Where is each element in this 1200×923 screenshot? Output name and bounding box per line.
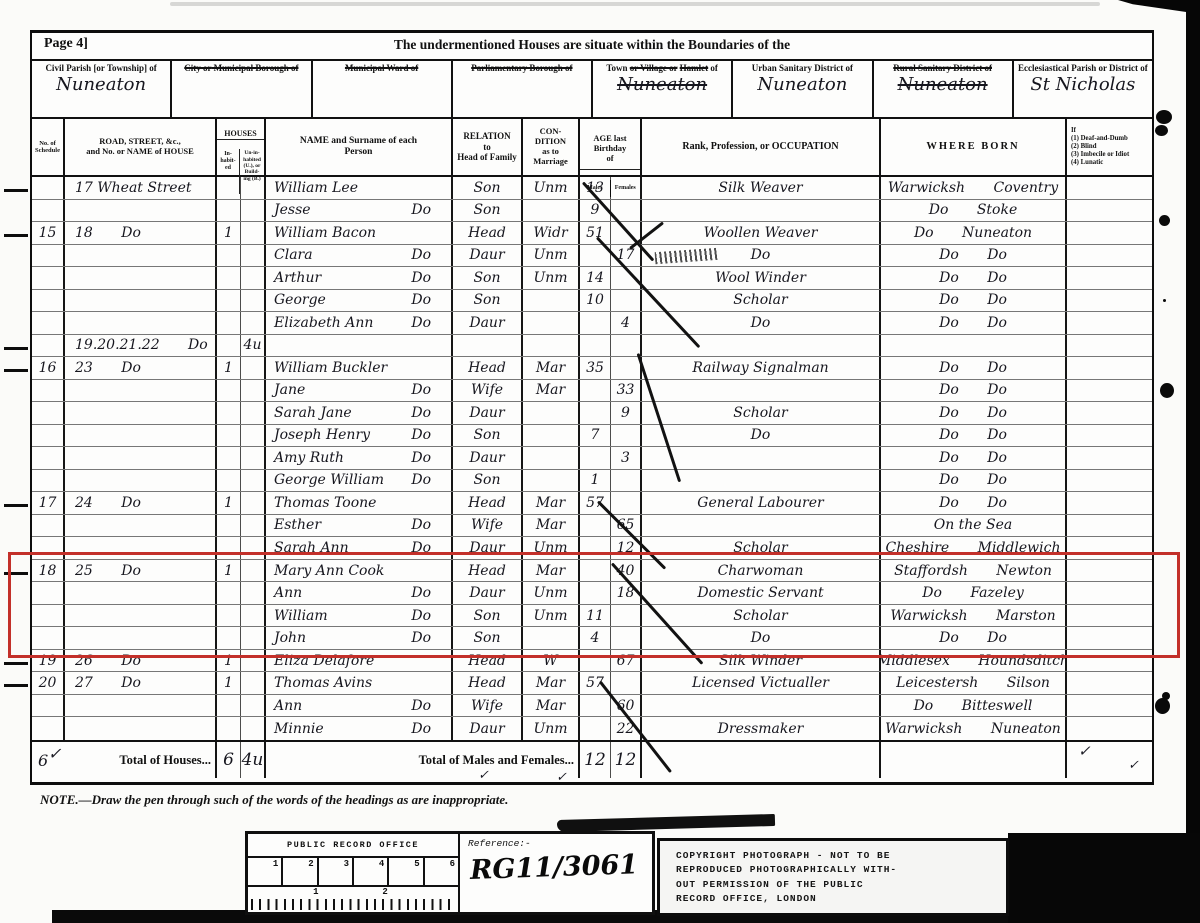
table-cell: Scholar (642, 402, 881, 424)
table-cell: 3 (611, 447, 642, 469)
table-cell (642, 447, 881, 469)
table-cell (241, 177, 266, 199)
table-cell (1067, 267, 1152, 289)
table-cell (32, 245, 65, 267)
district-label-part: Urban Sanitary District of (752, 63, 853, 73)
table-cell (217, 312, 241, 334)
table-cell (241, 200, 266, 222)
copyright-line: COPYRIGHT PHOTOGRAPH - NOT TO BE (676, 849, 1006, 863)
person-name: Jane (274, 382, 305, 398)
table-cell: MinnieDo (266, 717, 453, 740)
district-value: Nuneaton (35, 74, 167, 95)
district-label-part: Ecclesiastical Parish or District of (1018, 63, 1148, 73)
table-cell (241, 290, 266, 312)
margin-dash (4, 684, 28, 687)
scan-smear (170, 2, 1100, 6)
table-cell (217, 200, 241, 222)
table-cell: ArthurDo (266, 267, 453, 289)
table-row: AnnDoWifeMar60Do Bitteswell (32, 695, 1152, 718)
ditto-mark: Do (411, 472, 431, 488)
table-cell (241, 492, 266, 514)
check-mark: ✓ (48, 744, 61, 763)
table-cell (642, 335, 881, 357)
district-box: Ecclesiastical Parish or District ofSt N… (1014, 61, 1152, 117)
table-cell: 1 (217, 672, 241, 694)
table-row: 1623 Do1William BucklerHeadMar35Railway … (32, 357, 1152, 380)
table-row: 19.20.21.22 Do4u (32, 335, 1152, 358)
table-cell: William Bacon (266, 222, 453, 244)
table-cell: Do Do (881, 245, 1067, 267)
ruler-ticks (251, 899, 455, 910)
table-cell (241, 447, 266, 469)
table-cell: 35 (580, 357, 611, 379)
reference-label: Reference:- (468, 838, 644, 849)
table-row: 1518 Do1William BaconHeadWidr51Woollen W… (32, 222, 1152, 245)
table-cell (241, 357, 266, 379)
person-name: Minnie (274, 721, 324, 737)
table-cell: 23 Do (65, 357, 217, 379)
table-cell: 20 (32, 672, 65, 694)
district-label-part: Parliamentary Borough of (471, 63, 572, 73)
table-row: ClaraDoDaurUnm17DoDo Do (32, 245, 1152, 268)
table-cell: 18 Do (65, 222, 217, 244)
ink-blob (1156, 110, 1172, 124)
table-row: GeorgeDoSon10ScholarDo Do (32, 290, 1152, 313)
table-cell: Unm (523, 245, 580, 267)
totals-females: 12 (611, 742, 642, 778)
col-header-where-born: WHERE BORN (881, 119, 1067, 175)
copyright-line: RECORD OFFICE, LONDON (676, 892, 1006, 906)
district-label: Rural Sanitary District of (877, 63, 1009, 73)
table-cell (217, 447, 241, 469)
table-cell (1067, 245, 1152, 267)
table-cell (32, 267, 65, 289)
table-cell: Do Do (881, 492, 1067, 514)
table-cell: Amy RuthDo (266, 447, 453, 469)
table-cell (580, 335, 611, 357)
pro-stamp-title: PUBLIC RECORD OFFICE (248, 834, 458, 858)
table-cell (32, 177, 65, 199)
table-cell (217, 402, 241, 424)
table-cell: Licensed Victualler (642, 672, 881, 694)
person-name: George William (274, 472, 384, 488)
table-cell (1067, 402, 1152, 424)
district-label-part: City or (184, 63, 211, 73)
table-cell (1067, 312, 1152, 334)
totals-houses-label: Total of Houses... (65, 742, 217, 778)
table-cell (611, 177, 642, 199)
table-cell: Head (453, 492, 523, 514)
table-cell (241, 717, 266, 740)
table-cell: Unm (523, 717, 580, 740)
ditto-mark: Do (411, 247, 431, 263)
table-cell (580, 312, 611, 334)
table-cell (32, 312, 65, 334)
table-cell (1067, 470, 1152, 492)
table-cell (453, 335, 523, 357)
table-cell: Mar (523, 380, 580, 402)
person-name: Elizabeth Ann (274, 315, 373, 331)
table-cell: Scholar (642, 290, 881, 312)
table-cell: Mar (523, 357, 580, 379)
table-cell (217, 380, 241, 402)
table-cell: 10 (580, 290, 611, 312)
table-cell (523, 425, 580, 447)
district-label-part: Town (606, 63, 629, 73)
table-cell (217, 470, 241, 492)
table-cell: Son (453, 425, 523, 447)
table-cell (1067, 335, 1152, 357)
table-cell: 27 Do (65, 672, 217, 694)
ink-blob (1159, 215, 1170, 226)
district-label-part: Municipal Ward of (345, 63, 418, 73)
table-cell (217, 717, 241, 740)
table-row: Sarah JaneDoDaur9ScholarDo Do (32, 402, 1152, 425)
table-cell: 17 Wheat Street (65, 177, 217, 199)
district-box: Civil Parish [or Township] ofNuneaton (32, 61, 172, 117)
table-cell (65, 470, 217, 492)
table-cell (1067, 200, 1152, 222)
district-value: Nuneaton (596, 74, 728, 95)
totals-houses-inhabited: 6 (217, 742, 241, 778)
district-label-part: Municipal Borough of (211, 63, 298, 73)
col-header-occupation: Rank, Profession, or OCCUPATION (642, 119, 881, 175)
table-cell: Mar (523, 672, 580, 694)
table-cell (32, 515, 65, 537)
district-label: City or Municipal Borough of (175, 63, 307, 73)
col-header-infirmity: If (1) Deaf-and-Dumb (2) Blind (3) Imbec… (1067, 119, 1152, 175)
ruler-inch-number: 2 (382, 887, 387, 897)
table-cell (1067, 222, 1152, 244)
totals-empty-occupation (642, 742, 881, 778)
table-cell: Do Do (881, 447, 1067, 469)
table-cell (65, 402, 217, 424)
ink-blob (1163, 299, 1166, 302)
person-name: Jesse (274, 202, 311, 218)
table-cell: On the Sea (881, 515, 1067, 537)
table-cell (217, 335, 241, 357)
table-cell (241, 695, 266, 717)
col-header-houses-title: HOUSES (217, 128, 264, 140)
ruler-cm-cell: 1 (248, 858, 283, 885)
person-name: Ann (274, 698, 302, 714)
table-cell (217, 290, 241, 312)
table-cell (611, 290, 642, 312)
table-cell: 14 (580, 267, 611, 289)
table-cell (266, 335, 453, 357)
table-cell (32, 695, 65, 717)
table-cell (65, 717, 217, 740)
table-cell: Unm (523, 177, 580, 199)
person-name: George (274, 292, 326, 308)
ruler-inch-number: 1 (313, 887, 318, 897)
table-cell (32, 470, 65, 492)
ink-blob (1155, 698, 1170, 714)
table-cell (1067, 177, 1152, 199)
table-cell: 1 (580, 470, 611, 492)
copyright-line: OUT PERMISSION OF THE PUBLIC (676, 878, 1006, 892)
ruler-cm-cell: 6 (425, 858, 458, 885)
ink-streak (557, 814, 775, 832)
table-cell: 1 (217, 357, 241, 379)
table-cell (241, 380, 266, 402)
district-label-part: of (708, 63, 718, 73)
district-box: Municipal Ward of (313, 61, 453, 117)
margin-dash (4, 504, 28, 507)
copyright-line: REPRODUCED PHOTOGRAPHICALLY WITH- (676, 863, 1006, 877)
district-box: City or Municipal Borough of (172, 61, 312, 117)
table-cell (523, 290, 580, 312)
table-cell: Daur (453, 245, 523, 267)
col-header-schedule: No. of Schedule (32, 119, 65, 175)
table-cell (1067, 380, 1152, 402)
ruler-cm-row: 123456 (248, 858, 458, 887)
table-cell: Widr (523, 222, 580, 244)
col-header-houses: HOUSES In- habit- ed Un-in- habited (U.)… (217, 119, 266, 175)
person-name: Esther (274, 517, 321, 533)
table-cell (32, 717, 65, 740)
table-cell: Son (453, 177, 523, 199)
totals-row: 6 Total of Houses... 6 4u Total of Males… (32, 740, 1152, 778)
table-row: Joseph HenryDoSon7DoDo Do (32, 425, 1152, 448)
ruler-cm-cell: 3 (319, 858, 354, 885)
table-cell (32, 380, 65, 402)
ditto-mark: Do (411, 315, 431, 331)
table-cell (580, 515, 611, 537)
table-cell (32, 290, 65, 312)
table-cell (32, 200, 65, 222)
table-cell: AnnDo (266, 695, 453, 717)
table-cell (1067, 290, 1152, 312)
table-cell: 4 (611, 312, 642, 334)
table-row: EstherDoWifeMar65On the Sea (32, 515, 1152, 538)
table-cell: Daur (453, 447, 523, 469)
district-box: Parliamentary Borough of (453, 61, 593, 117)
table-cell (523, 402, 580, 424)
table-cell: GeorgeDo (266, 290, 453, 312)
table-cell (642, 695, 881, 717)
ink-blob (1155, 125, 1168, 136)
district-label: Civil Parish [or Township] of (35, 63, 167, 73)
table-cell: 17 (32, 492, 65, 514)
table-cell (241, 222, 266, 244)
table-cell (611, 470, 642, 492)
table-cell (523, 470, 580, 492)
table-cell (217, 695, 241, 717)
district-box: Town or Village or Hamlet ofNuneaton (593, 61, 733, 117)
footnote: NOTE.—Draw the pen through such of the w… (40, 792, 508, 808)
table-row: 2027 Do1Thomas AvinsHeadMar57Licensed Vi… (32, 672, 1152, 695)
table-cell: Do Do (881, 267, 1067, 289)
table-row: 1724 Do1Thomas TooneHeadMar57General Lab… (32, 492, 1152, 515)
col-header-name: NAME and Surname of each Person (266, 119, 453, 175)
table-cell (580, 402, 611, 424)
table-cell: Wife (453, 695, 523, 717)
table-cell (523, 335, 580, 357)
ditto-mark: Do (411, 292, 431, 308)
totals-males-females-label: Total of Males and Females... (266, 742, 580, 778)
person-name: Joseph Henry (274, 427, 370, 443)
table-cell (217, 245, 241, 267)
table-cell (241, 267, 266, 289)
check-mark: ✓ (1078, 742, 1091, 760)
district-label-part: Rural Sanitary District of (893, 63, 992, 73)
district-value: Nuneaton (736, 74, 868, 95)
table-cell (65, 447, 217, 469)
table-cell (580, 695, 611, 717)
table-cell: Head (453, 672, 523, 694)
ruler-cm-cell: 5 (389, 858, 424, 885)
highlight-rectangle (8, 552, 1180, 658)
table-cell: Silk Weaver (642, 177, 881, 199)
table-cell (580, 447, 611, 469)
pro-stamp-reference: Reference:- RG11/3061 (460, 834, 652, 912)
table-cell: 51 (580, 222, 611, 244)
table-cell: 15 (32, 222, 65, 244)
table-cell: Do Do (881, 290, 1067, 312)
person-name: Clara (274, 247, 313, 263)
table-cell (217, 267, 241, 289)
table-cell (217, 425, 241, 447)
table-cell: Do Do (881, 357, 1067, 379)
table-cell (32, 402, 65, 424)
district-value: Nuneaton (877, 74, 1009, 95)
table-cell: Mar (523, 492, 580, 514)
census-sheet: Page 4] The undermentioned Houses are si… (30, 30, 1154, 785)
table-cell (611, 492, 642, 514)
table-row: Elizabeth AnnDoDaur4DoDo Do (32, 312, 1152, 335)
district-label: Municipal Ward of (316, 63, 448, 73)
page-number: Page 4] (44, 36, 88, 52)
ditto-mark: Do (411, 698, 431, 714)
ink-blob (1162, 692, 1170, 700)
ditto-mark: Do (411, 721, 431, 737)
col-header-condition: CON- DITION as to Marriage (523, 119, 580, 175)
table-cell: Elizabeth AnnDo (266, 312, 453, 334)
table-cell: Wool Winder (642, 267, 881, 289)
table-cell (580, 717, 611, 740)
margin-dash (4, 347, 28, 350)
table-cell: 4u (241, 335, 266, 357)
table-cell (1067, 695, 1152, 717)
ruler-inch-row: 1 2 (248, 887, 458, 912)
table-cell: Wife (453, 380, 523, 402)
table-cell: 16 (32, 357, 65, 379)
table-cell: Warwicksh Coventry (881, 177, 1067, 199)
table-cell (32, 425, 65, 447)
table-cell (32, 335, 65, 357)
table-cell (1067, 717, 1152, 740)
table-cell: Woollen Weaver (642, 222, 881, 244)
table-cell: Do Do (881, 470, 1067, 492)
table-cell (1067, 447, 1152, 469)
totals-males: 12 (580, 742, 611, 778)
table-cell (1067, 492, 1152, 514)
copyright-stamp: COPYRIGHT PHOTOGRAPH - NOT TO BE REPRODU… (657, 838, 1009, 916)
table-cell (65, 312, 217, 334)
column-headers: No. of Schedule ROAD, STREET, &c., and N… (32, 119, 1152, 177)
pro-stamp-ruler: PUBLIC RECORD OFFICE 123456 1 2 (248, 834, 460, 912)
table-cell: Mar (523, 515, 580, 537)
table-cell (881, 335, 1067, 357)
table-cell (1067, 672, 1152, 694)
table-cell: Do Bitteswell (881, 695, 1067, 717)
table-cell: 9 (611, 402, 642, 424)
table-cell: Joseph HenryDo (266, 425, 453, 447)
reference-value: RG11/3061 (470, 849, 645, 886)
district-label-part: Civil Parish [or Township] of (45, 63, 156, 73)
table-cell (611, 425, 642, 447)
table-cell (65, 290, 217, 312)
table-cell (241, 402, 266, 424)
check-mark: ✓ (556, 770, 567, 785)
table-cell: Leicestersh Silson (881, 672, 1067, 694)
table-cell (241, 470, 266, 492)
district-label: Town or Village or Hamlet of (596, 63, 728, 73)
table-cell (642, 200, 881, 222)
ditto-mark: Do (411, 405, 431, 421)
table-cell: Wife (453, 515, 523, 537)
totals-houses-uninhabited: 4u (241, 742, 266, 778)
table-row: 17 Wheat StreetWilliam LeeSonUnm13Silk W… (32, 177, 1152, 200)
table-cell: Do Do (881, 402, 1067, 424)
table-cell: Railway Signalman (642, 357, 881, 379)
table-cell (580, 380, 611, 402)
col-header-relation: RELATION to Head of Family (453, 119, 523, 175)
table-cell (642, 380, 881, 402)
col-header-age: AGE last Birthday of Males Females (580, 119, 642, 175)
table-cell: Dressmaker (642, 717, 881, 740)
table-cell: Sarah JaneDo (266, 402, 453, 424)
district-label-part: Hamlet (680, 63, 709, 73)
table-cell (65, 267, 217, 289)
table-cell: General Labourer (642, 492, 881, 514)
table-cell: Warwicksh Nuneaton (881, 717, 1067, 740)
table-cell (217, 515, 241, 537)
ditto-mark: Do (411, 517, 431, 533)
ditto-mark: Do (411, 382, 431, 398)
col-header-age-title: AGE last Birthday of (580, 129, 640, 170)
ditto-mark: Do (411, 450, 431, 466)
scan-corner (1118, 0, 1200, 14)
table-cell: Daur (453, 717, 523, 740)
table-cell: JaneDo (266, 380, 453, 402)
table-cell: Do Stoke (881, 200, 1067, 222)
table-cell (241, 425, 266, 447)
table-cell (1067, 425, 1152, 447)
table-cell: Do (642, 425, 881, 447)
table-row: George WilliamDoSon1Do Do (32, 470, 1152, 493)
check-mark: ✓ (478, 768, 489, 783)
table-row: JesseDoSon9Do Stoke (32, 200, 1152, 223)
person-name: Sarah Jane (274, 405, 352, 421)
table-cell (65, 200, 217, 222)
scan-black-region (1008, 833, 1200, 923)
table-cell: William Lee (266, 177, 453, 199)
district-value: St Nicholas (1017, 74, 1149, 95)
district-label: Urban Sanitary District of (736, 63, 868, 73)
table-cell: Do Do (881, 425, 1067, 447)
table-cell: JesseDo (266, 200, 453, 222)
sheet-title: The undermentioned Houses are situate wi… (32, 33, 1152, 53)
table-cell (32, 447, 65, 469)
table-cell: George WilliamDo (266, 470, 453, 492)
table-cell (611, 357, 642, 379)
table-cell: 7 (580, 425, 611, 447)
table-cell: Son (453, 200, 523, 222)
margin-dash (4, 369, 28, 372)
table-row: Amy RuthDoDaur3Do Do (32, 447, 1152, 470)
